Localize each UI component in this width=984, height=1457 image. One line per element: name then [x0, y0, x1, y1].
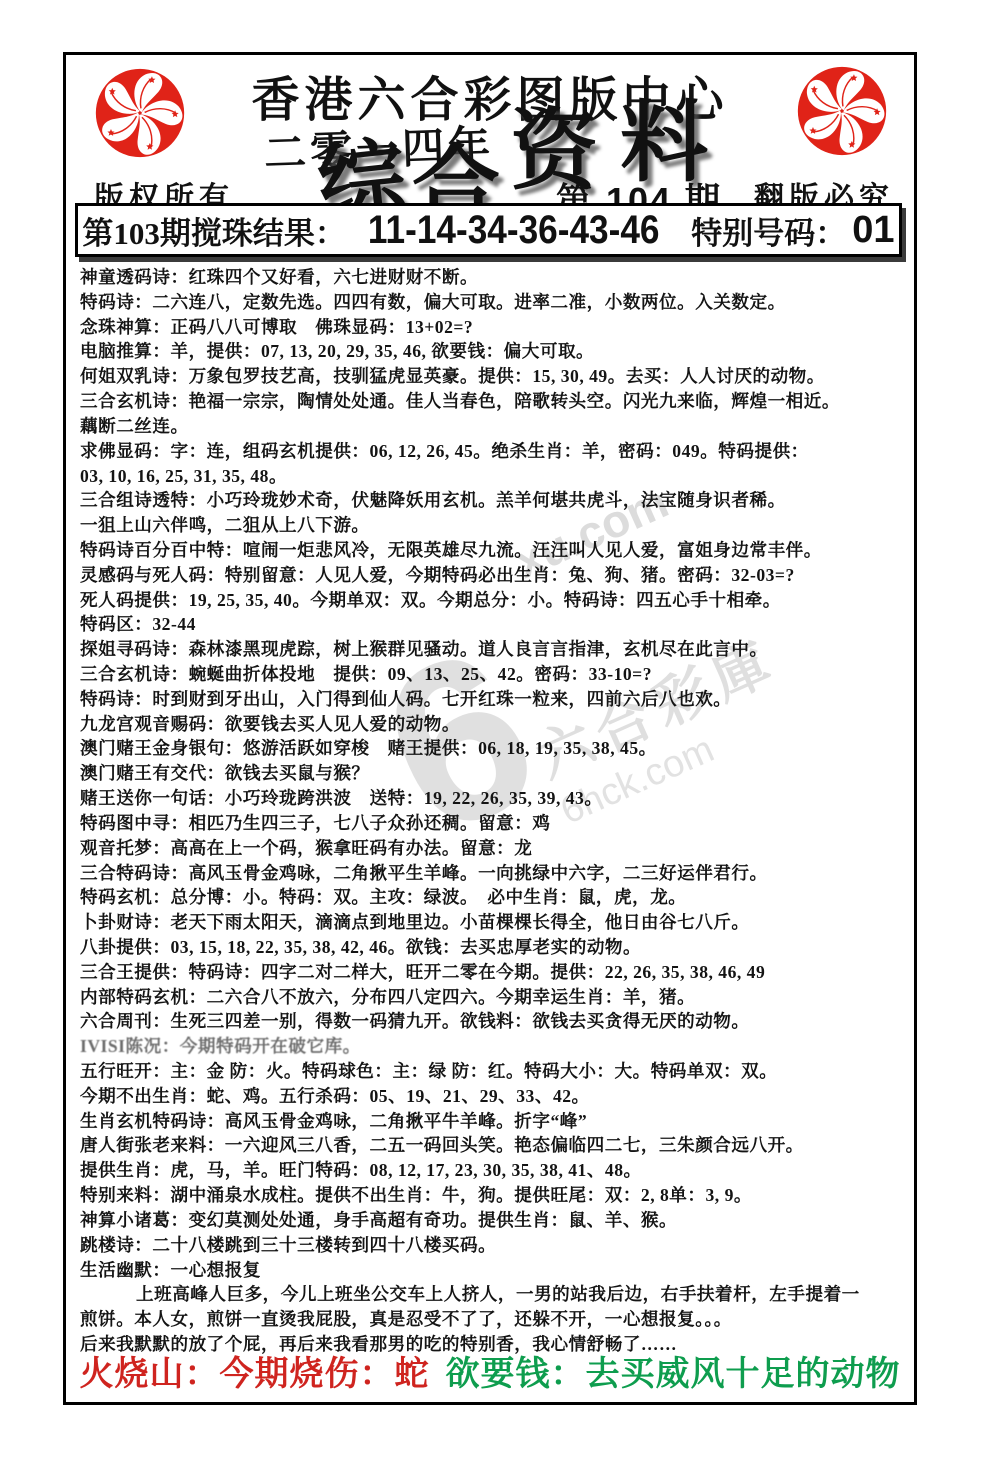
- lottery-tip-sheet: 香港六合彩图版中心 二零一四年 综合资料 第 104 期 版权所有 翻版必究 第…: [0, 0, 984, 1457]
- special-number-value: 01: [852, 209, 894, 252]
- body-line: 一狙上山六伴鸣，二狙从上八下游。: [80, 513, 908, 538]
- body-line: 煎饼。本人女，煎饼一直烫我屁股，真是忍受不了了，还躲不开，一心想报复。。。: [80, 1307, 908, 1332]
- body-line: 何姐双乳诗：万象包罗技艺高，技驯猛虎显英豪。提供：15, 30, 49。去买：人…: [80, 364, 908, 389]
- body-line: 六合周刊：生死三四差一别，得数一码猜九开。欲钱料：欲钱去买贪得无厌的动物。: [80, 1009, 908, 1034]
- body-line: 赌王送你一句话：小巧玲珑跨洪波 送特：19, 22, 26, 35, 39, 4…: [80, 786, 908, 811]
- body-line: 三合特码诗：高风玉骨金鸡咏，二角揪平生羊峰。一向挑绿中六字，二三好运伴君行。: [80, 861, 908, 886]
- body-line: 特码区：32-44: [80, 612, 908, 637]
- body-line: 藕断二丝连。: [80, 414, 908, 439]
- body-line: 特别来料：湖中涌泉水成柱。提供不出生肖：牛，狗。提供旺尾：双：2, 8单：3, …: [80, 1183, 908, 1208]
- body-line: 生活幽默：一心想报复: [80, 1258, 908, 1283]
- body-line: 提供生肖：虎，马，羊。旺门特码：08, 12, 17, 23, 30, 35, …: [80, 1158, 908, 1183]
- footer-green-text: 欲要钱：去买威风十足的动物: [446, 1356, 901, 1393]
- body-line: 灵感码与死人码：特别留意：人见人爱，今期特码必出生肖：兔、狗、猪。密码：32-0…: [80, 563, 908, 588]
- body-line: 五行旺开：主：金 防：火。特码球色：主：绿 防：红。特码大小：大。特码单双：双。: [80, 1059, 908, 1084]
- body-line: 今期不出生肖：蛇、鸡。五行杀码：05、19、21、29、33、42。: [80, 1084, 908, 1109]
- result-label: 第103期搅珠结果：: [82, 208, 346, 253]
- body-line: 探姐寻码诗：森林漆黑现虎踪，树上猴群见骚动。道人良言言指津，玄机尽在此言中。: [80, 637, 908, 662]
- body-line: 九龙宫观音赐码：欲要钱去买人见人爱的动物。: [80, 712, 908, 737]
- body-line: 特码诗：二六连八，定数先选。四四有数，偏大可取。进率二准，小数两位。入关数定。: [80, 290, 908, 315]
- body-line: 03, 10, 16, 25, 31, 35, 48。: [80, 464, 908, 489]
- body-line: 念珠神算：正码八八可博取 佛珠显码：13+02=?: [80, 315, 908, 340]
- body-line: 求佛显码：字：连，组码玄机提供：06, 12, 26, 45。绝杀生肖：羊，密码…: [80, 439, 908, 464]
- body-line: 神童透码诗：红珠四个又好看，六七进财财不断。: [80, 265, 908, 290]
- body-line: 三合玄机诗：艳福一宗宗，陶情处处通。佳人当春色，陪歌转头空。闪光九来临，辉煌一相…: [80, 389, 908, 414]
- body-line: 八卦提供：03, 15, 18, 22, 35, 38, 42, 46。欲钱：去…: [80, 935, 908, 960]
- body-line: 生肖玄机特码诗：高风玉骨金鸡咏，二角揪平牛羊峰。折字“峰”: [80, 1109, 908, 1134]
- body-line: 电脑推算：羊，提供：07, 13, 20, 29, 35, 46, 欲要钱：偏大…: [80, 339, 908, 364]
- page-border-frame: 香港六合彩图版中心 二零一四年 综合资料 第 104 期 版权所有 翻版必究 第…: [63, 52, 917, 1405]
- body-line: 卜卦财诗：老天下雨太阳天，滴滴点到地里边。小苗棵棵长得全，他日由谷七八斤。: [80, 910, 908, 935]
- body-line: 特码图中寻：相匹乃生四三子，七八子众孙还稠。留意：鸡: [80, 811, 908, 836]
- result-numbers: 11-14-34-36-43-46: [368, 208, 660, 253]
- body-line: 澳门赌王金身银句：悠游活跃如穿梭 赌王提供：06, 18, 19, 35, 38…: [80, 736, 908, 761]
- footer-banner: 火烧山：今期烧伤：蛇欲要钱：去买威风十足的动物: [66, 1353, 914, 1397]
- body-line: 澳门赌王有交代：欲钱去买鼠与猴？: [80, 761, 908, 786]
- special-number-label: 特别号码：: [691, 208, 846, 253]
- body-line: 上班高峰人巨多，今儿上班坐公交车上人挤人，一男的站我后边，右手扶着杆，左手提着一: [80, 1282, 908, 1307]
- body-line: IVISI陈况：今期特码开在破它库。: [80, 1034, 908, 1059]
- body-line: 特码玄机：总分博：小。特码：双。主攻：绿波。 必中生肖：鼠，虎，龙。: [80, 885, 908, 910]
- body-line: 内部特码玄机：二六合八不放六，分布四八定四六。今期幸运生肖：羊，猪。: [80, 985, 908, 1010]
- body-line: 三合玄机诗：蜿蜒曲折体投地 提供：09、13、25、42。密码：33-10=?: [80, 662, 908, 687]
- body-line: 三合王提供：特码诗：四字二对二样大，旺开二零在今期。提供：22, 26, 35,…: [80, 960, 908, 985]
- previous-draw-result-bar: 第103期搅珠结果： 11-14-34-36-43-46 特别号码： 01: [75, 203, 902, 257]
- body-line: 跳楼诗：二十八楼跳到三十三楼转到四十八楼买码。: [80, 1233, 908, 1258]
- body-line: 神算小诸葛：变幻莫测处处通，身手高超有奇功。提供生肖：鼠、羊、猴。: [80, 1208, 908, 1233]
- body-line: 死人码提供：19, 25, 35, 40。今期单双：双。今期总分：小。特码诗：四…: [80, 588, 908, 613]
- footer-red-text: 火烧山：今期烧伤：蛇: [80, 1356, 430, 1393]
- body-lines: 神童透码诗：红珠四个又好看，六七进财财不断。特码诗：二六连八，定数先选。四四有数…: [80, 265, 908, 1357]
- body-line: 特码诗：时到财到牙出山，入门得到仙人码。七开红珠一粒来，四前六后八也欢。: [80, 687, 908, 712]
- body-line: 唐人街张老来料：一六迎风三八香，二五一码回头笑。艳态偏临四二七，三朱颜合远八开。: [80, 1133, 908, 1158]
- body-line: 三合组诗透特：小巧玲珑妙术奇，伏魅降妖用玄机。羔羊何堪共虎斗，法宝随身识者稀。: [80, 488, 908, 513]
- body-line: 特码诗百分百中特：喧闹一炬悲风冷，无限英雄尽九流。汪汪叫人见人爱，富姐身边常丰伴…: [80, 538, 908, 563]
- body-line: 观音托梦：高高在上一个码，猴拿旺码有办法。留意：龙: [80, 836, 908, 861]
